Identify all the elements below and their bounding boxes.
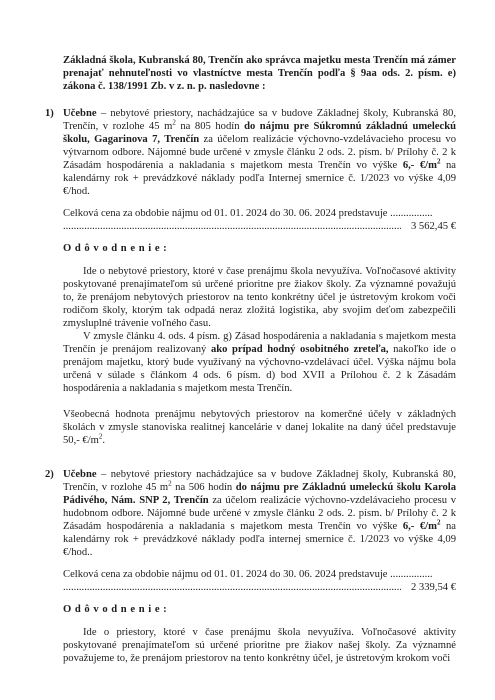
item-1-text: Učebne – nebytové priestory, nachádzajúc… [63, 107, 456, 198]
item-2-total-amount: 2 339,54 € [411, 581, 456, 594]
item-1-total-amount: 3 562,45 € [411, 220, 456, 233]
item-2-reasoning-heading: O d ô v o d n e n i e : [63, 603, 456, 616]
item-2-number: 2) [45, 468, 63, 559]
list-item-2: 2) Učebne – nebytové priestory nachádzaj… [45, 468, 456, 559]
item-2-text: Učebne – nebytové priestory nachádzajúce… [63, 468, 456, 559]
item-2-total-line: Celková cena za obdobie nájmu od 01. 01.… [63, 568, 456, 581]
item-1-total: Celková cena za obdobie nájmu od 01. 01.… [63, 207, 456, 233]
item-1-reasoning: Ide o nebytové priestory, ktoré v čase p… [63, 265, 456, 447]
item-1-reasoning-p3: Všeobecná hodnota prenájmu nebytových pr… [63, 408, 456, 447]
item-2-reasoning-p1: Ide o priestory, ktoré v čase prenájmu š… [63, 626, 456, 665]
item-1-total-line: Celková cena za obdobie nájmu od 01. 01.… [63, 207, 456, 220]
item-2-amount-row: ........................................… [63, 581, 456, 594]
document-page: Základná škola, Kubranská 80, Trenčín ak… [0, 0, 495, 700]
item-1-number: 1) [45, 107, 63, 198]
document-header: Základná škola, Kubranská 80, Trenčín ak… [63, 54, 456, 93]
item-1-amount-row: ........................................… [63, 220, 456, 233]
item-2-reasoning: Ide o priestory, ktoré v čase prenájmu š… [63, 626, 456, 665]
item-1-reasoning-p1: Ide o nebytové priestory, ktoré v čase p… [63, 265, 456, 330]
dotted-leader: ........................................… [63, 581, 401, 594]
item-2-total: Celková cena za obdobie nájmu od 01. 01.… [63, 568, 456, 594]
dotted-leader: ........................................… [63, 220, 401, 233]
list-item-1: 1) Učebne – nebytové priestory, nachádza… [45, 107, 456, 198]
item-1-reasoning-heading: O d ô v o d n e n i e : [63, 242, 456, 255]
item-1-reasoning-p2: V zmysle článku 4. ods. 4 písm. g) Zásad… [63, 330, 456, 395]
